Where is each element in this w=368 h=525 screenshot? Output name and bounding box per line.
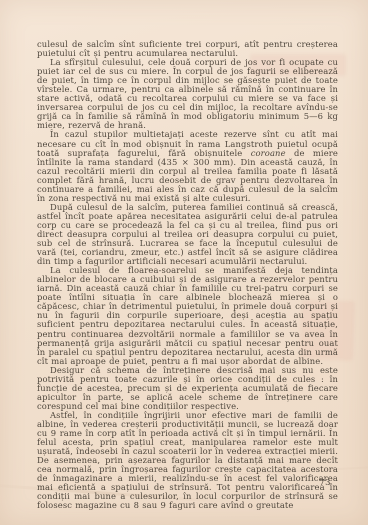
body-text: culesul de salcîm sînt suficiente trei c… (37, 40, 338, 510)
paragraph: Astfel, în condițiile îngrijirii unor ef… (37, 411, 338, 511)
text-segment: La sfîrșitul culesului, cele două corpur… (37, 57, 338, 130)
paragraph: Desigur că schema de întreținere descris… (37, 366, 338, 411)
text-segment: La culesul de floarea-soarelui se manife… (37, 265, 338, 365)
scanned-book-page: culesul de salcîm sînt suficiente trei c… (0, 0, 368, 525)
text-segment: Astfel, în condițiile îngrijirii unor ef… (37, 410, 338, 510)
paragraph: culesul de salcîm sînt suficiente trei c… (37, 40, 338, 58)
paragraph: După culesul de la salcîm, puterea famil… (37, 203, 338, 266)
text-segment: de miere întîlnite la rama standard (435… (37, 148, 338, 203)
page-number: 73 (319, 477, 331, 487)
paragraph: La sfîrșitul culesului, cele două corpur… (37, 58, 338, 130)
paragraph: La culesul de floarea-soarelui se manife… (37, 266, 338, 366)
text-segment: culesul de salcîm sînt suficiente trei c… (37, 39, 338, 58)
text-segment: Desigur că schema de întreținere descris… (37, 365, 338, 411)
paragraph: În cazul stupilor multietajați aceste re… (37, 130, 338, 202)
text-segment: După culesul de la salcîm, puterea famil… (37, 202, 338, 266)
